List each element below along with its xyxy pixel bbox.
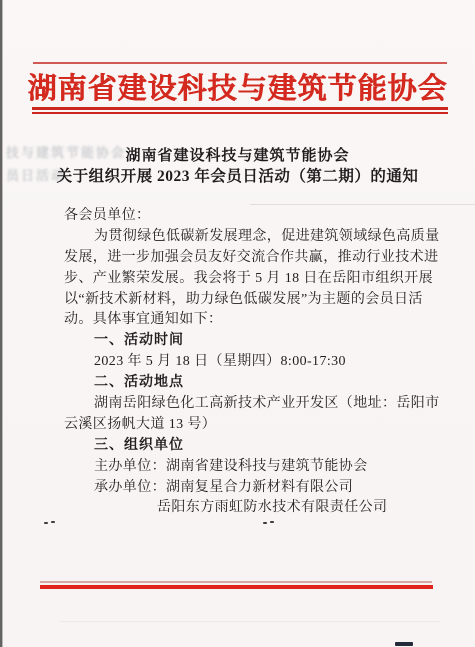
scan-speck xyxy=(44,522,48,524)
co-organizer-1: 承办单位：湖南复星合力新材料有限公司 xyxy=(64,478,424,499)
letterhead-rule-thin xyxy=(32,112,448,114)
event-address-line1: 湖南岳阳绿色化工高新技术产业开发区（地址：岳阳市 xyxy=(64,394,424,415)
scanned-notice-page: 湖南省建设科技与建筑节能协会 技与建筑节能协会 员日活动 湖南省建设科技与建筑节… xyxy=(0,0,475,647)
event-datetime: 2023 年 5 月 18 日（星期四）8:00-17:30 xyxy=(64,352,424,373)
salutation: 各会员单位： xyxy=(64,206,424,227)
host-organizer: 主办单位：湖南省建设科技与建筑节能协会 xyxy=(64,457,424,478)
footer-rule-light xyxy=(40,581,432,583)
footer-rule-red xyxy=(40,585,433,589)
notice-body: 各会员单位： 为贯彻绿色低碳新发展理念，促进建筑领域绿色高质量 发展，进一步加强… xyxy=(64,206,424,519)
doc-title-subject: 关于组织开展 2023 年会员日活动（第二期）的通知 xyxy=(0,164,475,186)
bottom-edge-mark xyxy=(395,642,413,646)
event-address-line2: 云溪区扬帆大道 13 号） xyxy=(64,415,424,436)
section-heading-time: 一、活动时间 xyxy=(64,331,424,352)
letterhead-org-name: 湖南省建设科技与建筑节能协会 xyxy=(0,66,475,107)
scan-streak xyxy=(250,204,475,205)
section-heading-place: 二、活动地点 xyxy=(64,373,424,394)
letterhead-top-rule xyxy=(33,62,447,64)
body-line: 步、产业繁荣发展。我会将于 5 月 18 日在岳阳市组织开展 xyxy=(64,269,424,290)
body-line: 发展，进一步加强会员友好交流合作共赢，推动行业技术进 xyxy=(64,248,424,269)
body-line: 以“新技术新材料，助力绿色低碳发展”为主题的会员日活 xyxy=(64,290,424,311)
body-line: 动。具体事宜通知如下： xyxy=(64,310,424,331)
doc-title-org: 湖南省建设科技与建筑节能协会 xyxy=(0,144,475,165)
section-heading-org: 三、组织单位 xyxy=(64,436,424,457)
letterhead-double-rule xyxy=(32,107,448,114)
co-organizer-2: 岳阳东方雨虹防水技术有限责任公司 xyxy=(64,498,424,519)
scan-speck xyxy=(263,522,267,524)
scan-streak xyxy=(60,621,440,622)
body-line: 为贯彻绿色低碳新发展理念，促进建筑领域绿色高质量 xyxy=(64,227,424,248)
